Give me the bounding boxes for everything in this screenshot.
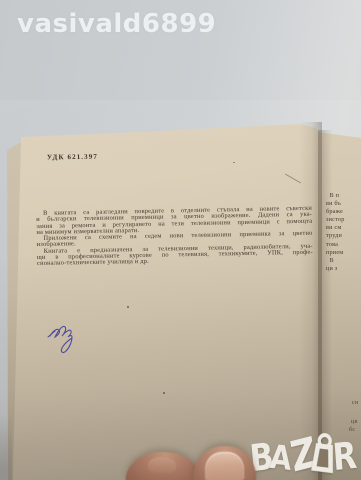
dust-speck <box>233 162 235 163</box>
udc-classification-number: УДК 621.397 <box>47 153 98 162</box>
bazar-letter: R <box>332 437 359 476</box>
fragment-line: сн <box>352 400 358 406</box>
fragment-line: трудн <box>326 232 361 240</box>
seller-watermark: vasivald6899 <box>17 9 216 39</box>
fragment-line: ви см <box>326 224 361 232</box>
fragment-line: прием <box>326 249 361 257</box>
right-page-gutter-shadow <box>318 130 332 480</box>
dust-speck <box>127 306 129 308</box>
fragment-line: зистор <box>326 216 361 224</box>
annotation-text-block: В книгата са разгледани повредите в отде… <box>36 206 313 268</box>
fragment-line: това <box>326 241 361 249</box>
book-page-photo: vasivald6899 УДК 621.397 В книгата са ра… <box>0 0 361 480</box>
left-edge-shade <box>0 415 12 480</box>
dust-speck <box>163 392 165 394</box>
fragment-line: ци з <box>326 265 361 273</box>
fragment-line: браже <box>326 208 361 216</box>
fingernail <box>205 452 245 480</box>
handwritten-signature <box>44 310 92 358</box>
fragment-line: В <box>326 257 361 265</box>
fragment-line: ви бъ <box>326 200 361 208</box>
fragment-line: цв <box>351 419 358 425</box>
bazar-logo-watermark: B A Z R <box>249 430 356 480</box>
fragment-line: В п <box>326 192 361 200</box>
right-page-text-fragments: В п ви бъ браже зистор ви см трудн това … <box>326 192 361 273</box>
fingernail <box>148 456 177 473</box>
